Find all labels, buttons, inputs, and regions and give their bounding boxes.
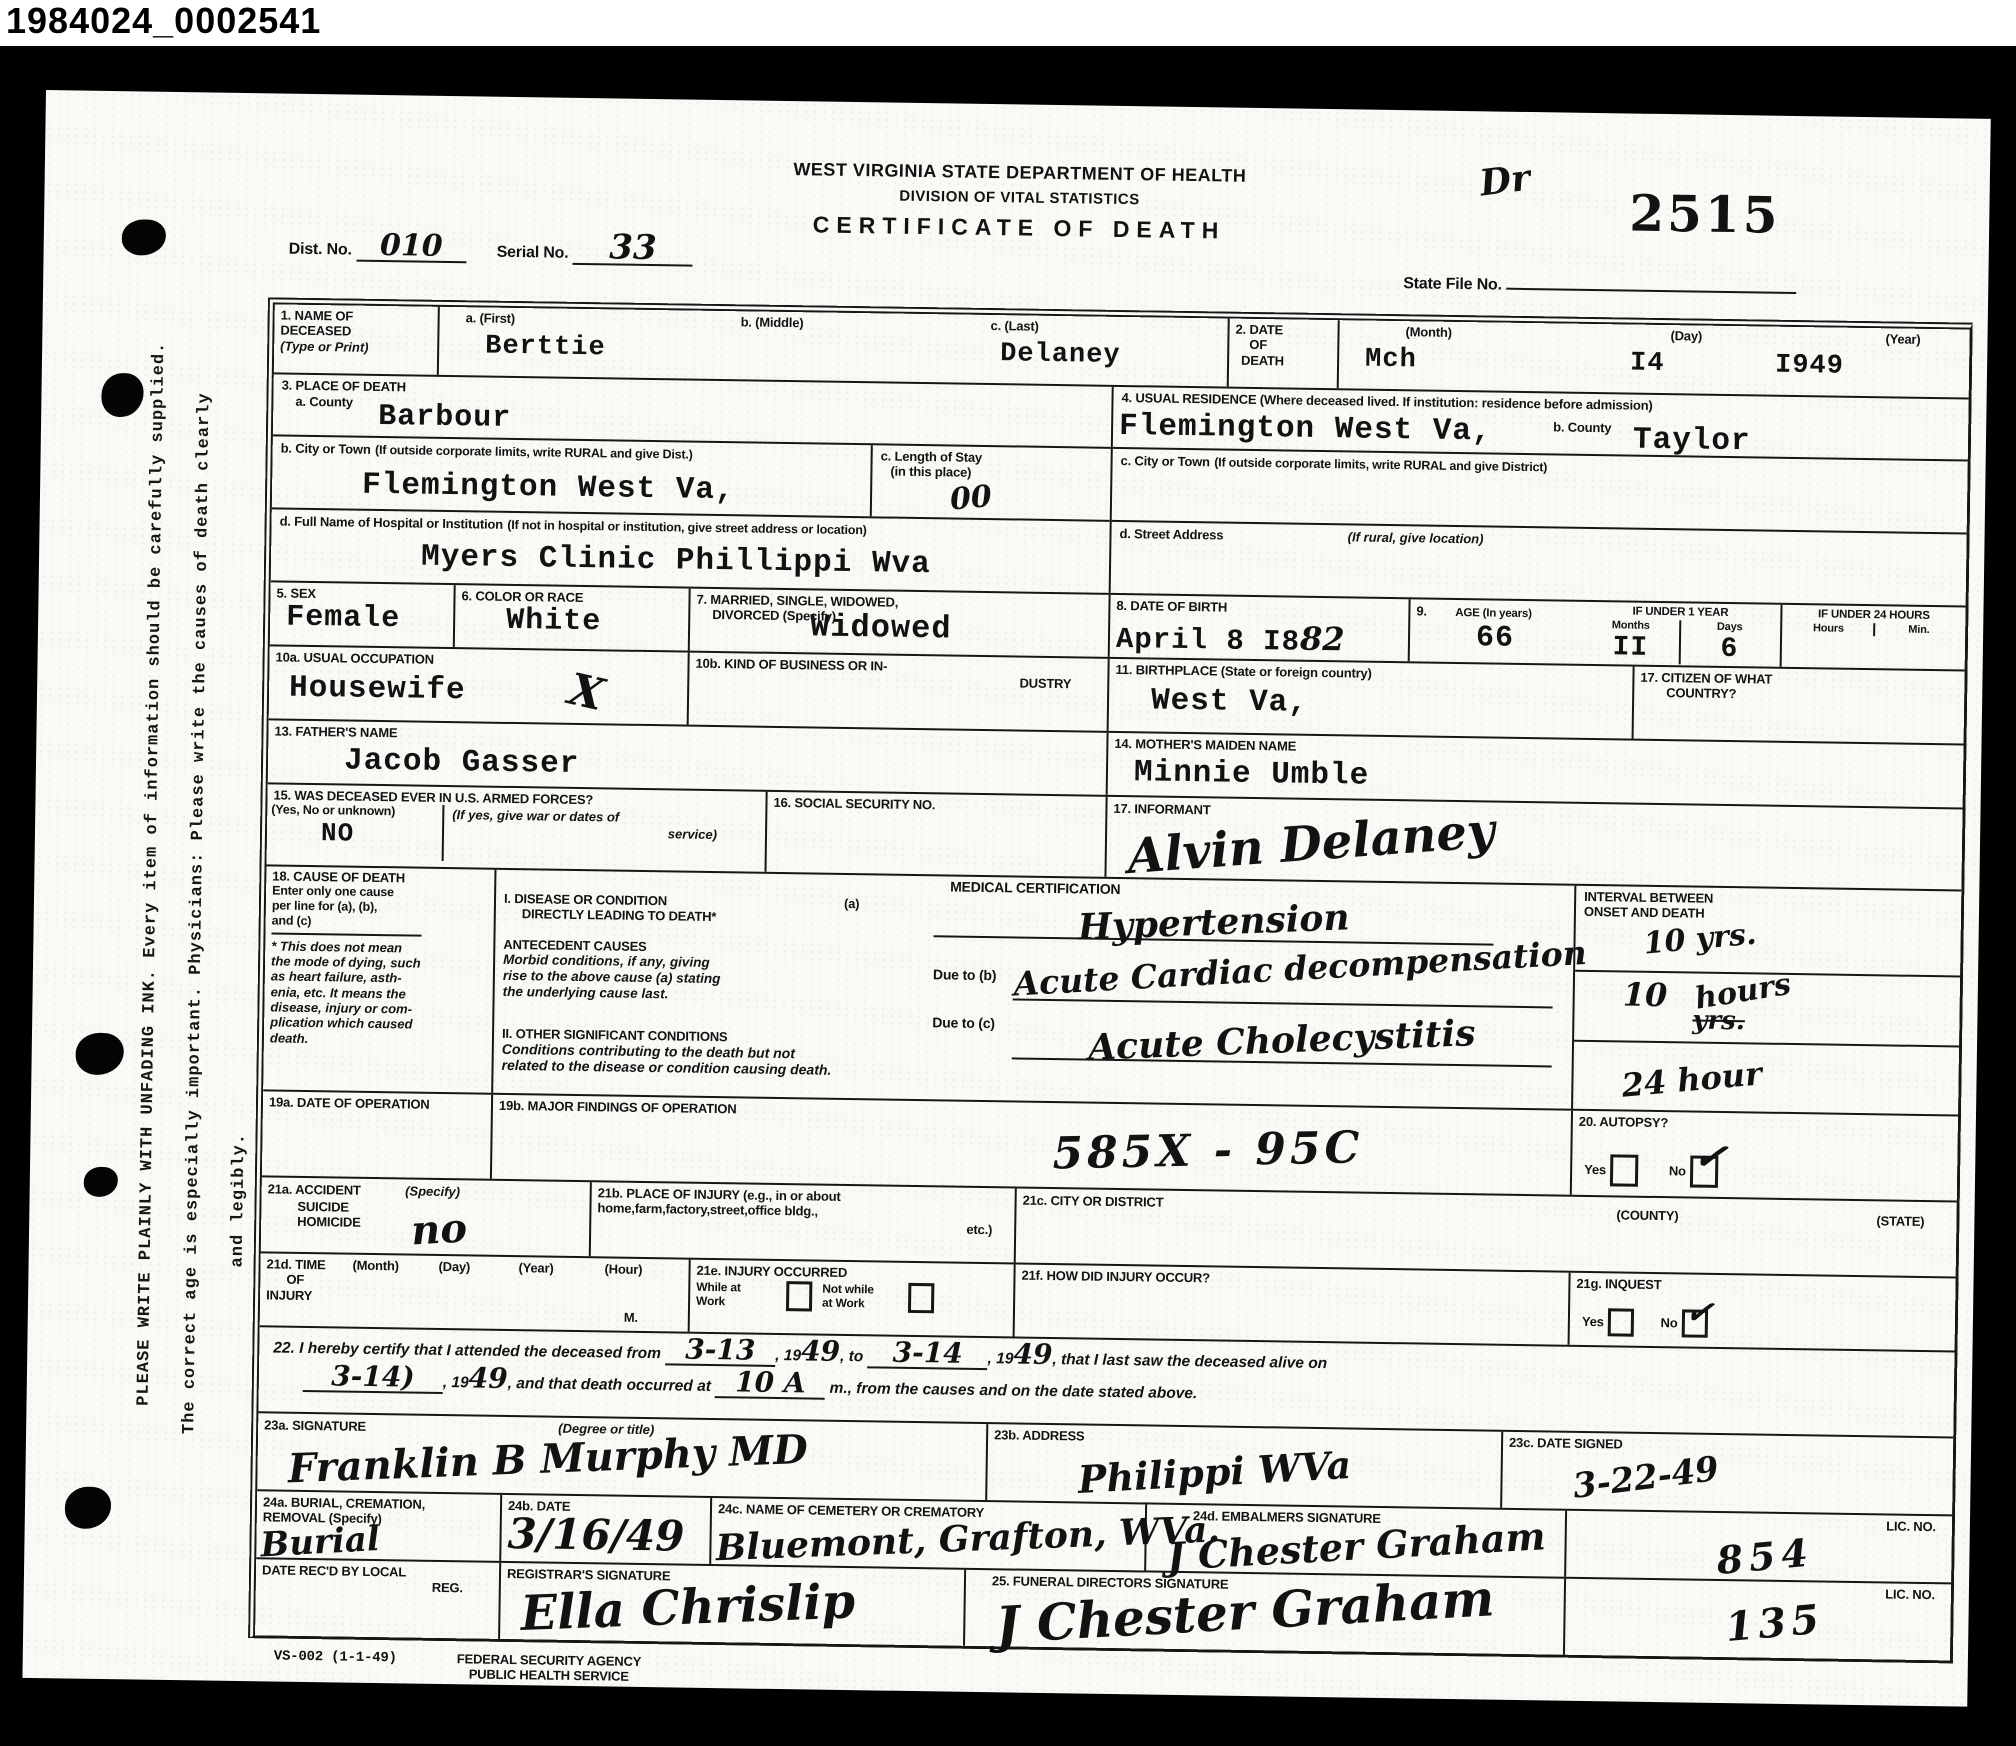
physician-signature: Franklin B Murphy MD [287, 1426, 809, 1492]
state-file-label: State File No. [1403, 275, 1502, 293]
burial-date-value: 3/16/49 [507, 1509, 685, 1561]
burial-value: Burial [259, 1519, 380, 1565]
informant-cell: 17. INFORMANT Alvin Delaney [1106, 797, 1962, 890]
burial-date-cell: 24b. DATE 3/16/49 [501, 1495, 712, 1564]
race-value: White [506, 604, 682, 641]
residence-county-value: Taylor [1633, 423, 1751, 460]
marital-value: Widowed [810, 608, 952, 647]
last-seen-value: 3-14) [331, 1366, 415, 1387]
sex-cell: 5. SEX Female [270, 582, 456, 647]
business-cell: 10b. KIND OF BUSINESS OR IN- DUSTRY [689, 653, 1110, 731]
death-month-cell: (Month) Mch [1339, 320, 1595, 392]
father-name-value: Jacob Gasser [344, 744, 1100, 790]
injury-city-cell: 21c. CITY OR DISTRICT (COUNTY) (STATE) [1016, 1189, 1957, 1277]
occupation-value: Housewife [289, 671, 681, 712]
row-place-residence: 3. PLACE OF DEATH a. County Barbour b. C… [271, 374, 1969, 607]
name-last-cell: c. (Last) Delaney [964, 315, 1230, 387]
cause-c-value: Acute Cholecystitis [1088, 1012, 1477, 1069]
margin-note-line2: The correct age is especially important.… [180, 392, 214, 1434]
dist-no-label: Dist. No. [289, 241, 352, 259]
serial-no-value: 33 [573, 234, 693, 267]
autopsy-check-mark: ✓ [1690, 1131, 1730, 1183]
cause-c-line: Acute Cholecystitis [1012, 1015, 1553, 1067]
cemetery-cell: 24c. NAME OF CEMETERY OR CREMATORY Bluem… [711, 1498, 1147, 1570]
scan-id-label: 1984024_0002541 [6, 0, 321, 42]
injury-not-at-work-checkbox [908, 1283, 934, 1313]
first-name-value: Berttie [485, 332, 698, 365]
how-injury-cell: 21f. HOW DID INJURY OCCUR? [1015, 1265, 1571, 1345]
last-name-value: Delaney [1000, 340, 1221, 373]
physician-address-value: Philippi WVa [1077, 1442, 1353, 1502]
dob-handwritten-correction: 82 [1300, 620, 1345, 659]
usual-residence-col: 4. USUAL RESIDENCE (Where deceased lived… [1111, 387, 1969, 606]
registrar-signature: Ella Chrislip [520, 1573, 856, 1642]
hospital-value: Myers Clinic Phillippi Wva [421, 540, 931, 583]
inquest-yes-checkbox [1608, 1308, 1634, 1336]
name-label-cell: 1. NAME OF DECEASED (Type or Print) [274, 304, 440, 374]
state-file-blank [1506, 270, 1796, 294]
death-year-cell: (Year) I949 [1809, 327, 1980, 398]
hole-punch [101, 373, 144, 418]
name-middle-cell: b. (Middle) [704, 311, 965, 383]
row-cause-of-death: 18. CAUSE OF DEATH Enter only one cause … [263, 866, 1961, 1116]
registrar-cell: REGISTRAR'S SIGNATURE Ella Chrislip [500, 1563, 966, 1646]
medical-certification-col: MEDICAL CERTIFICATION I. DISEASE OR COND… [493, 870, 1576, 1109]
dob-cell: 8. DATE OF BIRTH April 8 I882 [1110, 595, 1411, 661]
dist-no-value: 010 [356, 234, 466, 264]
attended-to-value: 3-14 [893, 1343, 963, 1364]
attended-from-year: 49 [801, 1341, 840, 1361]
age-cell: 9. AGE (In years) 66 IF UNDER 1 YEAR Mon… [1410, 599, 1966, 669]
birthplace-cell: 11. BIRTHPLACE (State or foreign country… [1109, 659, 1635, 739]
interval-col: INTERVAL BETWEEN ONSET AND DEATH 10 yrs.… [1573, 886, 1961, 1115]
interval-a-value: 10 yrs. [1642, 916, 1757, 961]
embalmer-lic-cell: LIC. NO. 854 [1566, 1511, 1952, 1583]
death-time-value: 10 A [735, 1372, 806, 1393]
scanned-death-certificate: { "page": { "id_label": "1984024_0002541… [0, 0, 2016, 1746]
handwritten-dr-note: Dr [1477, 157, 1532, 205]
length-of-stay-value: 00 [949, 479, 994, 518]
mother-name-value: Minnie Umble [1134, 756, 1957, 803]
birthplace-value: West Va, [1151, 684, 1626, 726]
inquest-check-mark: ✓ [1682, 1291, 1715, 1334]
father-cell: 13. FATHER'S NAME Jacob Gasser [268, 720, 1109, 794]
margin-note-line3: and legibly. [229, 1133, 250, 1268]
state-file-stamp: 2515 [1629, 184, 1781, 245]
cause-a-value: Hypertension [1077, 896, 1350, 948]
death-date-label-cell: 2. DATE OF DEATH [1229, 319, 1340, 389]
operation-date-cell: 19a. DATE OF OPERATION [262, 1091, 493, 1178]
inquest-cell: 21g. INQUEST Yes No ✓ [1570, 1273, 1956, 1351]
armed-forces-value: NO [321, 818, 438, 850]
place-of-death-col: 3. PLACE OF DEATH a. County Barbour b. C… [271, 374, 1114, 592]
certificate-form: WEST VIRGINIA STATE DEPARTMENT OF HEALTH… [247, 133, 1975, 1704]
burial-cell: 24a. BURIAL, CREMATION, REMOVAL (Specify… [256, 1491, 502, 1561]
interval-b-value: 10 [1622, 975, 1667, 1014]
race-cell: 6. COLOR OR RACE White [455, 585, 691, 650]
injury-place-cell: 21b. PLACE OF INJURY (e.g., in or about … [591, 1182, 1017, 1262]
interval-b-struck: yrs. [1692, 1006, 1745, 1037]
hole-punch [75, 1033, 124, 1076]
attended-to-year: 49 [1013, 1344, 1052, 1364]
death-year-value: I949 [1775, 351, 1973, 384]
certificate-paper: PLEASE WRITE PLAINLY WITH UNFADING INK. … [22, 90, 1990, 1707]
citizen-cell: 17. CITIZEN OF WHAT COUNTRY? [1634, 667, 1965, 744]
mother-cell: 14. MOTHER'S MAIDEN NAME Minnie Umble [1108, 733, 1964, 808]
marital-cell: 7. MARRIED, SINGLE, WIDOWED, DIVORCED (S… [690, 589, 1111, 657]
cause-b-line: Acute Cardiac decompensation [1013, 944, 1554, 1008]
dob-value: April 8 I8 [1116, 623, 1301, 659]
death-county-value: Barbour [378, 400, 512, 436]
certificate-title: CERTIFICATE OF DEATH [589, 208, 1449, 248]
occupation-cell: 10a. USUAL OCCUPATION Housewife X [269, 646, 690, 724]
autopsy-cell: 20. AUTOPSY? Yes No ✓ [1572, 1111, 1958, 1201]
cause-a-line: Hypertension [934, 897, 1495, 945]
accident-cell: 21a. ACCIDENT (Specify) SUICIDE HOMICIDE… [261, 1177, 592, 1256]
form-header: WEST VIRGINIA STATE DEPARTMENT OF HEALTH… [268, 133, 1975, 322]
autopsy-yes-checkbox [1610, 1154, 1638, 1186]
agency-line2: PUBLIC HEALTH SERVICE [456, 1667, 641, 1685]
operation-findings-value: 585X - 95C [1052, 1122, 1364, 1179]
serial-no-label: Serial No. [497, 244, 569, 262]
margin-note-line1: PLEASE WRITE PLAINLY WITH UNFADING INK. … [134, 342, 169, 1406]
certificate-table: 1. NAME OF DECEASED (Type or Print) a. (… [248, 297, 1973, 1663]
funeral-director-cell: 25. FUNERAL DIRECTORS SIGNATURE J Cheste… [965, 1570, 1566, 1655]
date-received-cell: DATE REC'D BY LOCAL REG. [255, 1559, 501, 1639]
age-years-value: 66 [1476, 621, 1574, 656]
physician-address-cell: 23b. ADDRESS Philippi WVa [987, 1424, 1503, 1508]
hole-punch [65, 1486, 112, 1529]
name-first-cell: a. (First) Berttie [439, 307, 705, 379]
injury-occurred-cell: 21e. INJURY OCCURRED While atWork Not wh… [690, 1260, 1016, 1337]
funeral-lic-cell: LIC. NO. 135 [1565, 1579, 1951, 1661]
injury-at-work-checkbox [786, 1281, 812, 1311]
physician-signature-cell: 23a. SIGNATURE (Degree or title) Frankli… [257, 1413, 988, 1500]
form-number: VS-002 (1-1-49) [273, 1649, 396, 1681]
residence-state-value: Flemington West Va, [1119, 409, 1492, 450]
handwritten-x-mark: X [564, 664, 609, 721]
interval-c-value: 24 hour [1620, 1054, 1763, 1104]
last-seen-year: 49 [469, 1368, 508, 1388]
ssn-cell: 16. SOCIAL SECURITY NO. [766, 792, 1107, 877]
funeral-lic-value: 135 [1724, 1595, 1826, 1651]
age-days-value: 6 [1681, 633, 1778, 665]
sex-value: Female [286, 601, 447, 637]
armed-forces-cell: 15. WAS DECEASED EVER IN U.S. ARMED FORC… [267, 784, 768, 871]
operation-findings-cell: 19b. MAJOR FINDINGS OF OPERATION 585X - … [492, 1095, 1573, 1195]
scan-id-strip: 1984024_0002541 [0, 0, 2016, 46]
date-signed-value: 3-22-49 [1571, 1449, 1721, 1507]
date-signed-cell: 23c. DATE SIGNED 3-22-49 [1502, 1432, 1953, 1515]
injury-time-cell: 21d. TIME (Month) (Day) (Year) (Hour) OF… [260, 1253, 691, 1331]
cause-notes-col: 18. CAUSE OF DEATH Enter only one cause … [263, 866, 496, 1092]
accident-value: no [410, 1204, 468, 1254]
age-months-value: II [1582, 631, 1679, 663]
hole-punch [122, 219, 167, 256]
death-month-value: Mch [1365, 345, 1588, 378]
attended-from-value: 3-13 [685, 1340, 755, 1361]
death-city-value: Flemington West Va, [362, 468, 735, 509]
embalmer-lic-value: 854 [1715, 1529, 1816, 1583]
hole-punch [84, 1167, 118, 1198]
